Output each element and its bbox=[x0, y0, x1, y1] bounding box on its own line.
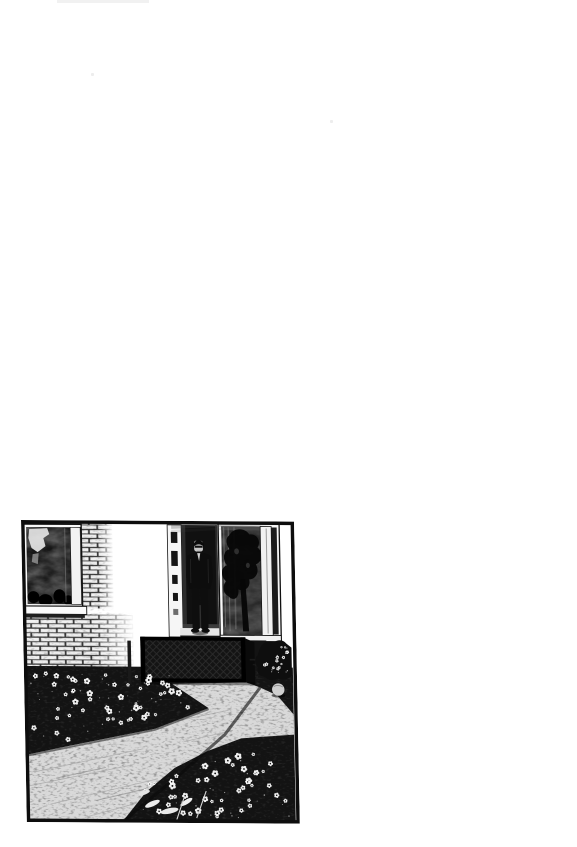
manga-page: Black-and-white comic panel: a man in a … bbox=[0, 0, 577, 847]
scan-artifact-bar bbox=[57, 0, 149, 3]
man-glasses bbox=[195, 546, 203, 548]
sliding-glass-window bbox=[218, 523, 281, 644]
left-window bbox=[21, 524, 87, 618]
panel-caption: Black-and-white comic panel: a man in a … bbox=[27, 822, 28, 823]
panel-illustration bbox=[21, 520, 300, 824]
window-sill bbox=[23, 606, 87, 614]
scan-speck bbox=[330, 120, 333, 123]
garden-fence bbox=[127, 637, 255, 686]
scan-speck bbox=[91, 73, 94, 76]
story-panel: Black-and-white comic panel: a man in a … bbox=[21, 520, 300, 824]
